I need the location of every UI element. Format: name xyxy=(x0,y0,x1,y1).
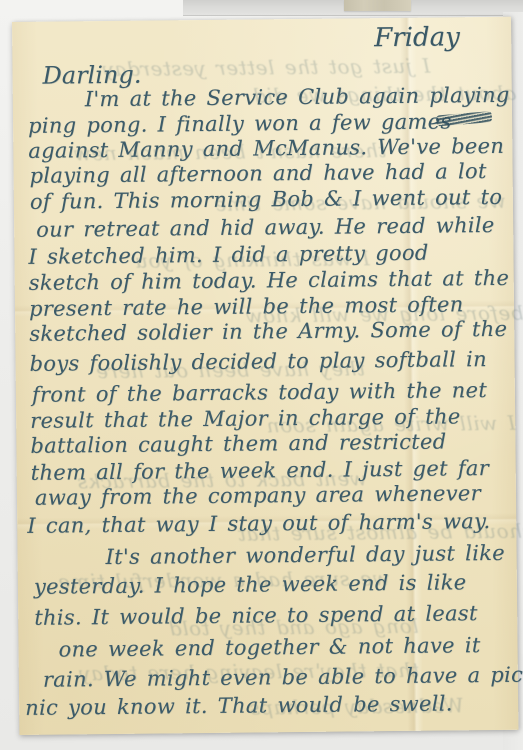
letter-line: sketched soldier in the Army. Some of th… xyxy=(29,317,507,346)
tape-fragment xyxy=(344,0,411,11)
letter-line: boys foolishly decided to play softball … xyxy=(29,347,487,376)
letter-line: I sketched him. I did a pretty good xyxy=(28,241,428,269)
letter-line: this. It would be nice to spend at least xyxy=(34,601,478,630)
letter-line: nic you know it. That would be swell. xyxy=(25,691,453,719)
letter-line: playing all afternoon and have had a lot xyxy=(29,159,486,188)
letter-line: result that the Major in charge of the xyxy=(30,404,461,433)
letter-date: Friday xyxy=(374,22,460,53)
letter-line: I can, that way I stay out of harm's way… xyxy=(27,509,490,538)
scanned-letter-scene: I just got the letter yesterday about th… xyxy=(0,0,523,750)
bleed-through-line: I just got the letter yesterday xyxy=(102,54,430,81)
letter-line: them all for the week end. I just get fa… xyxy=(31,456,490,485)
letter-body: I'm at the Service Club again playing pi… xyxy=(12,17,511,22)
letter-line: against Manny and McManus. We've been xyxy=(28,134,504,163)
letter-line: It's another wonderful day just like xyxy=(105,541,505,569)
letter-line: battalion caught them and restricted xyxy=(30,429,446,457)
letter-line: present rate he will be the most often xyxy=(29,292,464,321)
letter-line: rain. We might even be able to have a pi… xyxy=(43,663,523,692)
letter-line: yesterday. I hope the week end is like xyxy=(34,570,467,599)
letter-line: away from the company area whenever xyxy=(35,481,481,510)
letter-line: sketch of him today. He claims that at t… xyxy=(29,266,510,295)
letter-line: our retreat and hid away. He read while xyxy=(36,213,495,242)
letter-line: ping pong. I finally won a few games xyxy=(28,109,452,137)
letter-salutation: Darling. xyxy=(42,61,141,90)
letter-line: of fun. This morning Bob & I went out to xyxy=(30,185,503,214)
letter-page: I just got the letter yesterday about th… xyxy=(12,17,518,735)
letter-line: I'm at the Service Club again playing xyxy=(85,83,510,111)
letter-line: one week end together & not have it xyxy=(58,633,480,661)
bleed-through-layer: I just got the letter yesterday about th… xyxy=(12,17,511,22)
letter-line: front of the barracks today with the net xyxy=(32,378,487,407)
